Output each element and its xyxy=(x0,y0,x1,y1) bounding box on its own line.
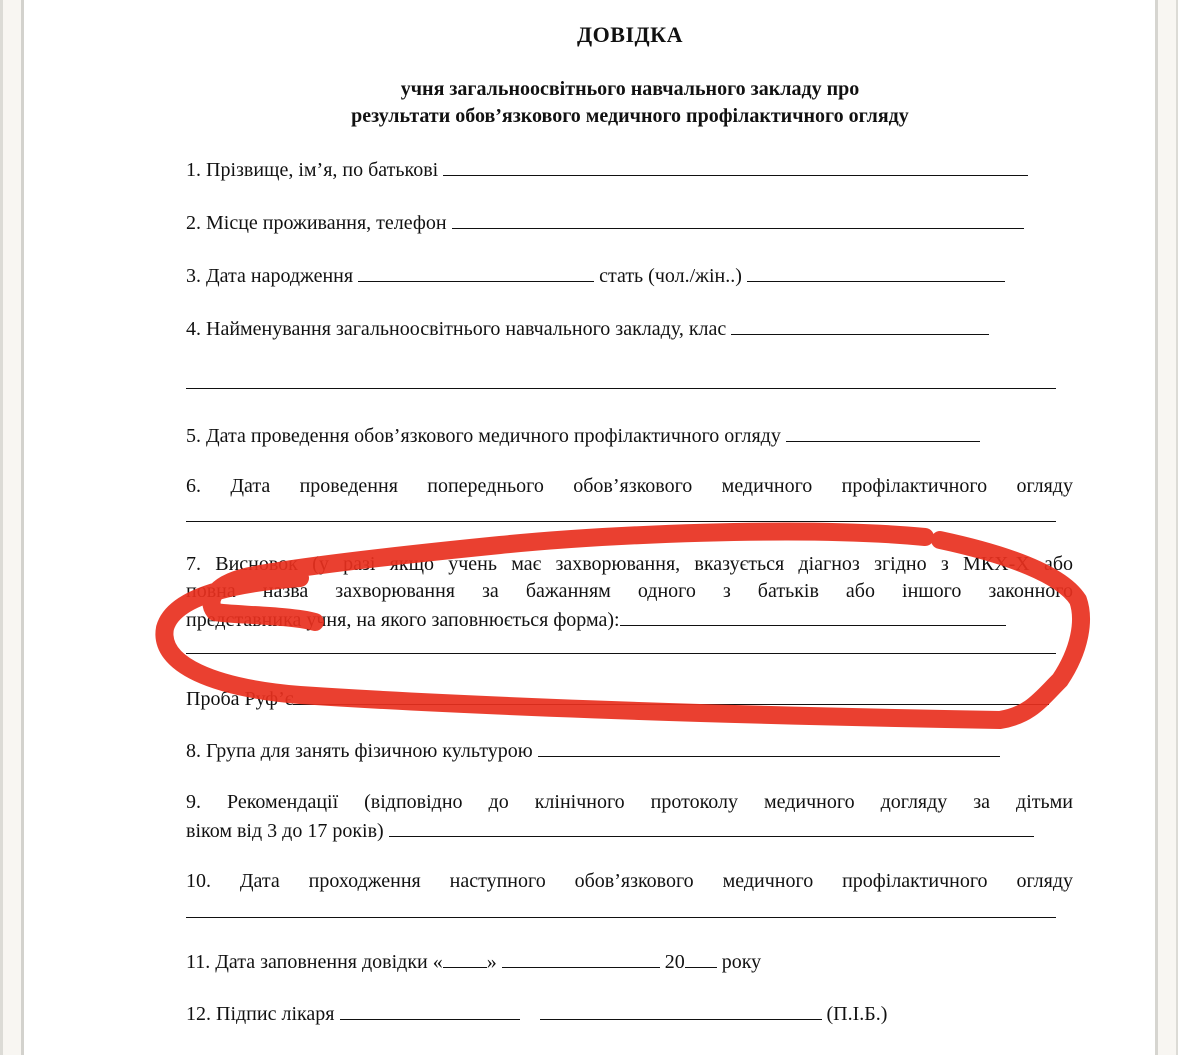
recommendations-label-end: віком від 3 до 17 років) xyxy=(186,820,384,842)
field-address-phone: 2. Місце проживання, телефон xyxy=(186,210,1024,235)
pe-group-label: 8. Група для занять фізичною культурою xyxy=(186,740,533,762)
fill-year-suffix: року xyxy=(722,951,761,973)
field-full-name-label: 1. Прізвище, ім’я, по батькові xyxy=(186,159,438,181)
field-fill-date: 11. Дата заповнення довідки «» 20 року xyxy=(186,949,761,974)
field-full-name: 1. Прізвище, ім’я, по батькові xyxy=(186,157,1028,182)
fill-year-prefix: 20 xyxy=(665,951,685,973)
field-doctor-signature: 12. Підпис лікаря (П.І.Б.) xyxy=(186,1001,887,1026)
full-name-blank[interactable] xyxy=(443,157,1028,176)
fill-day-blank[interactable] xyxy=(443,949,487,968)
address-phone-blank[interactable] xyxy=(452,210,1024,229)
exam-date-label: 5. Дата проведення обов’язкового медично… xyxy=(186,425,781,447)
viewer-right-edge xyxy=(1155,0,1178,1055)
field-next-exam-date: 10. Дата проходження наступного обов’язк… xyxy=(186,870,1073,893)
previous-exam-date-blank[interactable] xyxy=(186,521,1056,522)
field-exam-date: 5. Дата проведення обов’язкового медично… xyxy=(186,423,980,448)
school-class-blank[interactable] xyxy=(731,316,989,335)
document-subtitle-1: учня загальноосвітнього навчального закл… xyxy=(0,78,1178,101)
fill-month-blank[interactable] xyxy=(502,949,660,968)
sex-blank[interactable] xyxy=(747,263,1005,282)
field-conclusion-line-3: представника учня, на якого заповнюється… xyxy=(186,607,1006,632)
fill-date-quote: » xyxy=(487,951,497,973)
next-exam-date-blank[interactable] xyxy=(186,917,1056,918)
field-recommendations-line-1: 9. Рекомендації (відповідно до клінічног… xyxy=(186,791,1073,814)
field-conclusion-line-2: повна назва захворювання за бажанням одн… xyxy=(186,580,1073,603)
conclusion-blank[interactable] xyxy=(620,607,1006,626)
conclusion-blank-line-2[interactable] xyxy=(186,653,1056,654)
field-ruffier-test: Проба Руф’є xyxy=(186,686,1049,711)
school-class-label: 4. Найменування загальноосвітнього навча… xyxy=(186,318,726,340)
field-school-class: 4. Найменування загальноосвітнього навча… xyxy=(186,316,989,341)
signature-blank[interactable] xyxy=(340,1001,520,1020)
sex-label: стать (чол./жін..) xyxy=(599,265,742,287)
fill-date-label: 11. Дата заповнення довідки « xyxy=(186,951,443,973)
pe-group-blank[interactable] xyxy=(538,738,1000,757)
birth-date-label: 3. Дата народження xyxy=(186,265,353,287)
recommendations-blank[interactable] xyxy=(389,818,1034,837)
field-pe-group: 8. Група для занять фізичною культурою xyxy=(186,738,1000,763)
ruffier-blank[interactable] xyxy=(293,686,1049,705)
doctor-name-suffix: (П.І.Б.) xyxy=(827,1003,888,1025)
field-previous-exam-date: 6. Дата проведення попереднього обов’язк… xyxy=(186,475,1073,498)
ruffier-label: Проба Руф’є xyxy=(186,688,293,710)
doctor-name-blank[interactable] xyxy=(540,1001,822,1020)
birth-date-blank[interactable] xyxy=(358,263,594,282)
document-subtitle-2: результати обов’язкового медичного профі… xyxy=(0,105,1178,128)
viewer-left-edge xyxy=(0,0,24,1055)
field-recommendations-line-2: віком від 3 до 17 років) xyxy=(186,818,1034,843)
field-conclusion-line-1: 7. Висновок (у разі якщо учень має захво… xyxy=(186,553,1073,576)
school-class-blank-line-2[interactable] xyxy=(186,388,1056,389)
field-birth-date-sex: 3. Дата народження стать (чол./жін..) xyxy=(186,263,1005,288)
doctor-signature-label: 12. Підпис лікаря xyxy=(186,1003,335,1025)
conclusion-label-end: представника учня, на якого заповнюється… xyxy=(186,609,620,631)
field-address-label: 2. Місце проживання, телефон xyxy=(186,212,447,234)
exam-date-blank[interactable] xyxy=(786,423,980,442)
fill-year-blank[interactable] xyxy=(685,949,717,968)
document-title: ДОВІДКА xyxy=(0,22,1178,48)
